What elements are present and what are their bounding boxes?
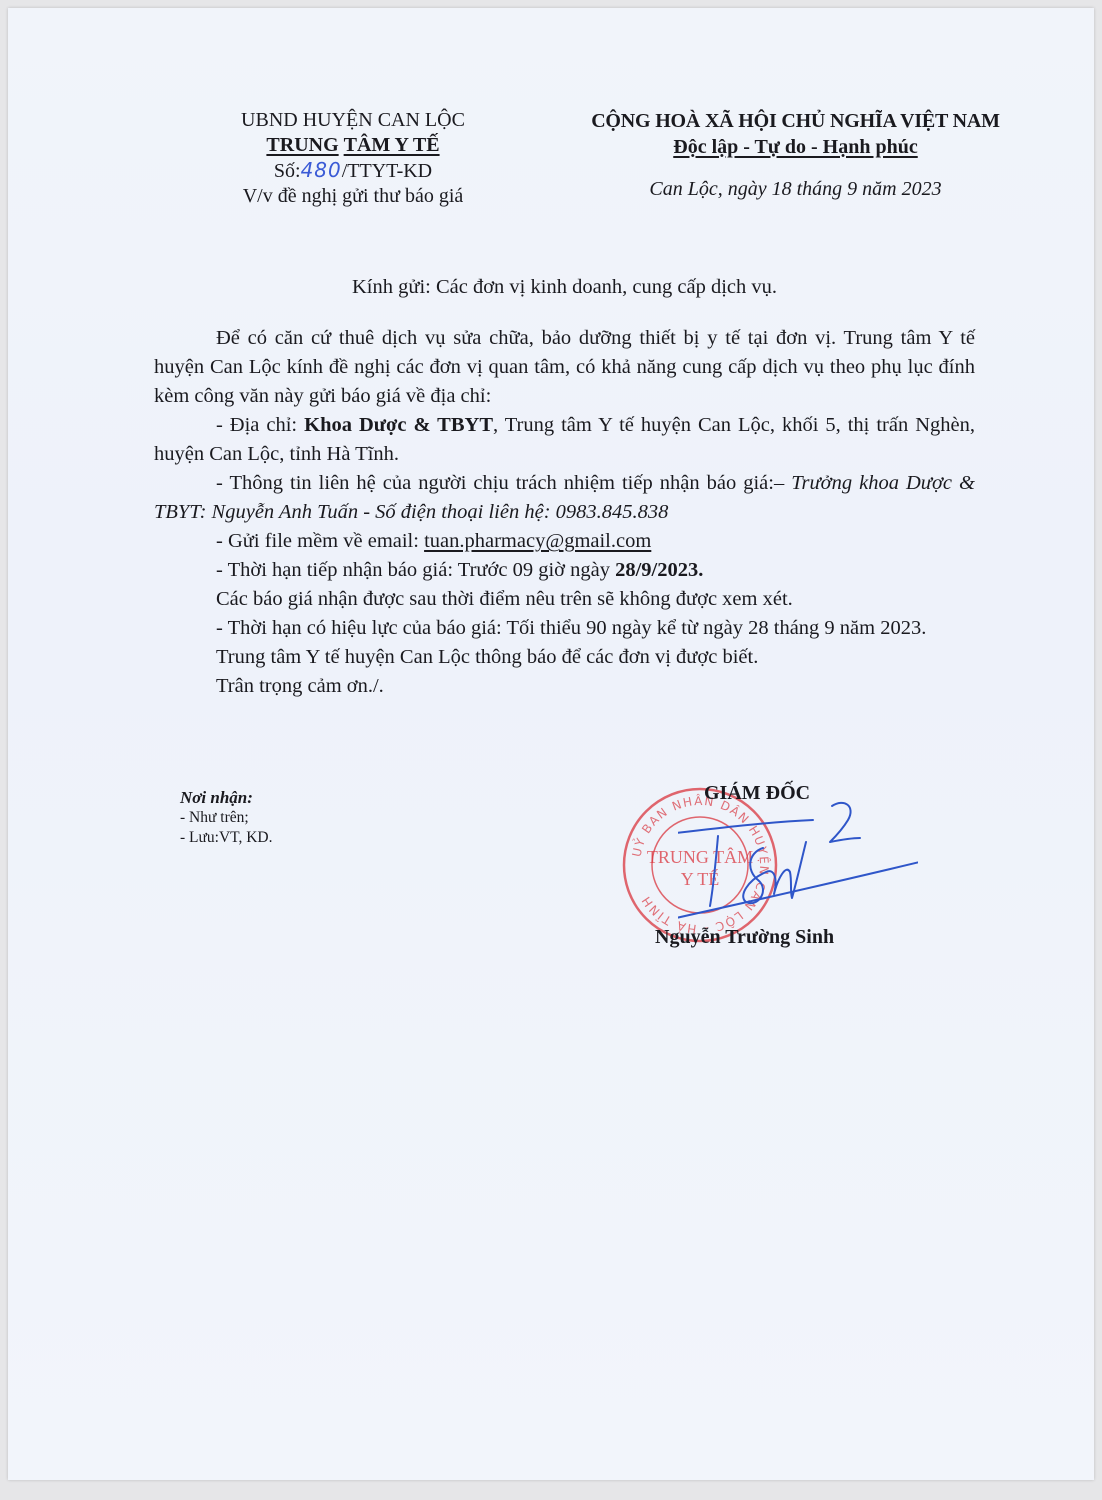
salutation: Kính gửi: Các đơn vị kinh doanh, cung cấ… [154, 276, 975, 299]
recipients-block: Nơi nhận: - Như trên; - Lưu:VT, KD. [180, 788, 273, 848]
letter-body: Để có căn cứ thuê dịch vụ sửa chữa, bảo … [154, 324, 975, 701]
late-note: Các báo giá nhận được sau thời điểm nêu … [154, 585, 975, 614]
thanks-paragraph: Trân trọng cảm ơn./. [154, 672, 975, 701]
document-page: UBND HUYỆN CAN LỘC TRUNG TÂM Y TẾ Số:480… [8, 8, 1094, 1480]
national-header: CỘNG HOÀ XÃ HỘI CHỦ NGHĨA VIỆT NAM Độc l… [553, 108, 1038, 202]
deadline-paragraph: - Thời hạn tiếp nhận báo giá: Trước 09 g… [154, 556, 975, 585]
document-number: Số:480/TTYT-KD [213, 158, 493, 184]
recipient-item: - Lưu:VT, KD. [180, 828, 273, 848]
validity-paragraph: - Thời hạn có hiệu lực của báo giá: Tối … [154, 614, 975, 643]
organization-name: TRUNG TÂM Y TẾ [213, 133, 493, 158]
intro-paragraph: Để có căn cứ thuê dịch vụ sửa chữa, bảo … [154, 324, 975, 411]
notice-paragraph: Trung tâm Y tế huyện Can Lộc thông báo đ… [154, 643, 975, 672]
handwritten-number: 480 [301, 158, 342, 182]
email-link[interactable]: tuan.pharmacy@gmail.com [424, 530, 651, 552]
place-date: Can Lộc, ngày 18 tháng 9 năm 2023 [553, 176, 1038, 202]
signer-name: Nguyễn Trường Sinh [655, 926, 834, 949]
email-paragraph: - Gửi file mềm về email: tuan.pharmacy@g… [154, 527, 975, 556]
handwritten-signature-icon [678, 798, 918, 928]
recipients-heading: Nơi nhận: [180, 788, 273, 808]
recipient-item: - Như trên; [180, 808, 273, 828]
contact-paragraph: - Thông tin liên hệ của người chịu trách… [154, 469, 975, 527]
authority-name: UBND HUYỆN CAN LỘC [213, 108, 493, 133]
issuer-block: UBND HUYỆN CAN LỘC TRUNG TÂM Y TẾ Số:480… [213, 108, 493, 209]
national-motto: Độc lập - Tự do - Hạnh phúc [673, 134, 917, 160]
document-subject: V/v đề nghị gửi thư báo giá [213, 184, 493, 209]
address-paragraph: - Địa chỉ: Khoa Dược & TBYT, Trung tâm Y… [154, 411, 975, 469]
country-name: CỘNG HOÀ XÃ HỘI CHỦ NGHĨA VIỆT NAM [553, 108, 1038, 134]
